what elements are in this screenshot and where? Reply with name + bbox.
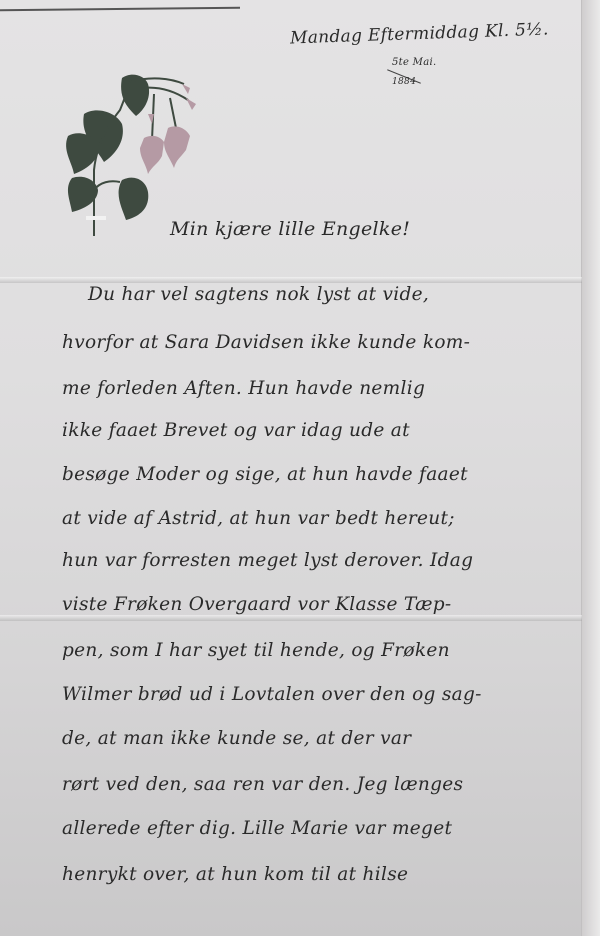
date-day: 5te Mai. [392, 57, 436, 68]
top-rule [0, 7, 240, 12]
letter-page: Mandag Eftermiddag Kl. 5½. 5te Mai. 1884 [0, 0, 600, 936]
body-line: henrykt over, at hun kom til at hilse [62, 864, 408, 885]
body-line: ikke faaet Brevet og var idag ude at [62, 420, 410, 441]
page-edge [581, 0, 600, 936]
body-line: viste Frøken Overgaard vor Klasse Tæp- [62, 594, 451, 615]
date-year: 1884 [392, 77, 416, 87]
body-line: allerede efter dig. Lille Marie var mege… [62, 818, 452, 839]
body-line: hun var forresten meget lyst derover. Id… [62, 550, 473, 571]
body-line: hvorfor at Sara Davidsen ikke kunde kom- [62, 332, 470, 353]
body-line: de, at man ikke kunde se, at der var [62, 728, 411, 749]
body-line: besøge Moder og sige, at hun havde faaet [62, 464, 468, 485]
salutation: Min kjære lille Engelke! [170, 218, 410, 240]
body-line: pen, som I har syet til hende, og Frøken [62, 640, 450, 661]
date-line: Mandag Eftermiddag Kl. 5½. [290, 19, 549, 48]
fold-line [0, 615, 582, 621]
fold-line [0, 277, 582, 283]
body-line: Du har vel sagtens nok lyst at vide, [88, 284, 429, 305]
body-line: me forleden Aften. Hun havde nemlig [62, 378, 425, 399]
body-line: Wilmer brød ud i Lovtalen over den og sa… [62, 684, 482, 705]
body-line: rørt ved den, saa ren var den. Jeg længe… [62, 774, 463, 795]
body-line: at vide af Astrid, at hun var bedt hereu… [62, 508, 455, 529]
